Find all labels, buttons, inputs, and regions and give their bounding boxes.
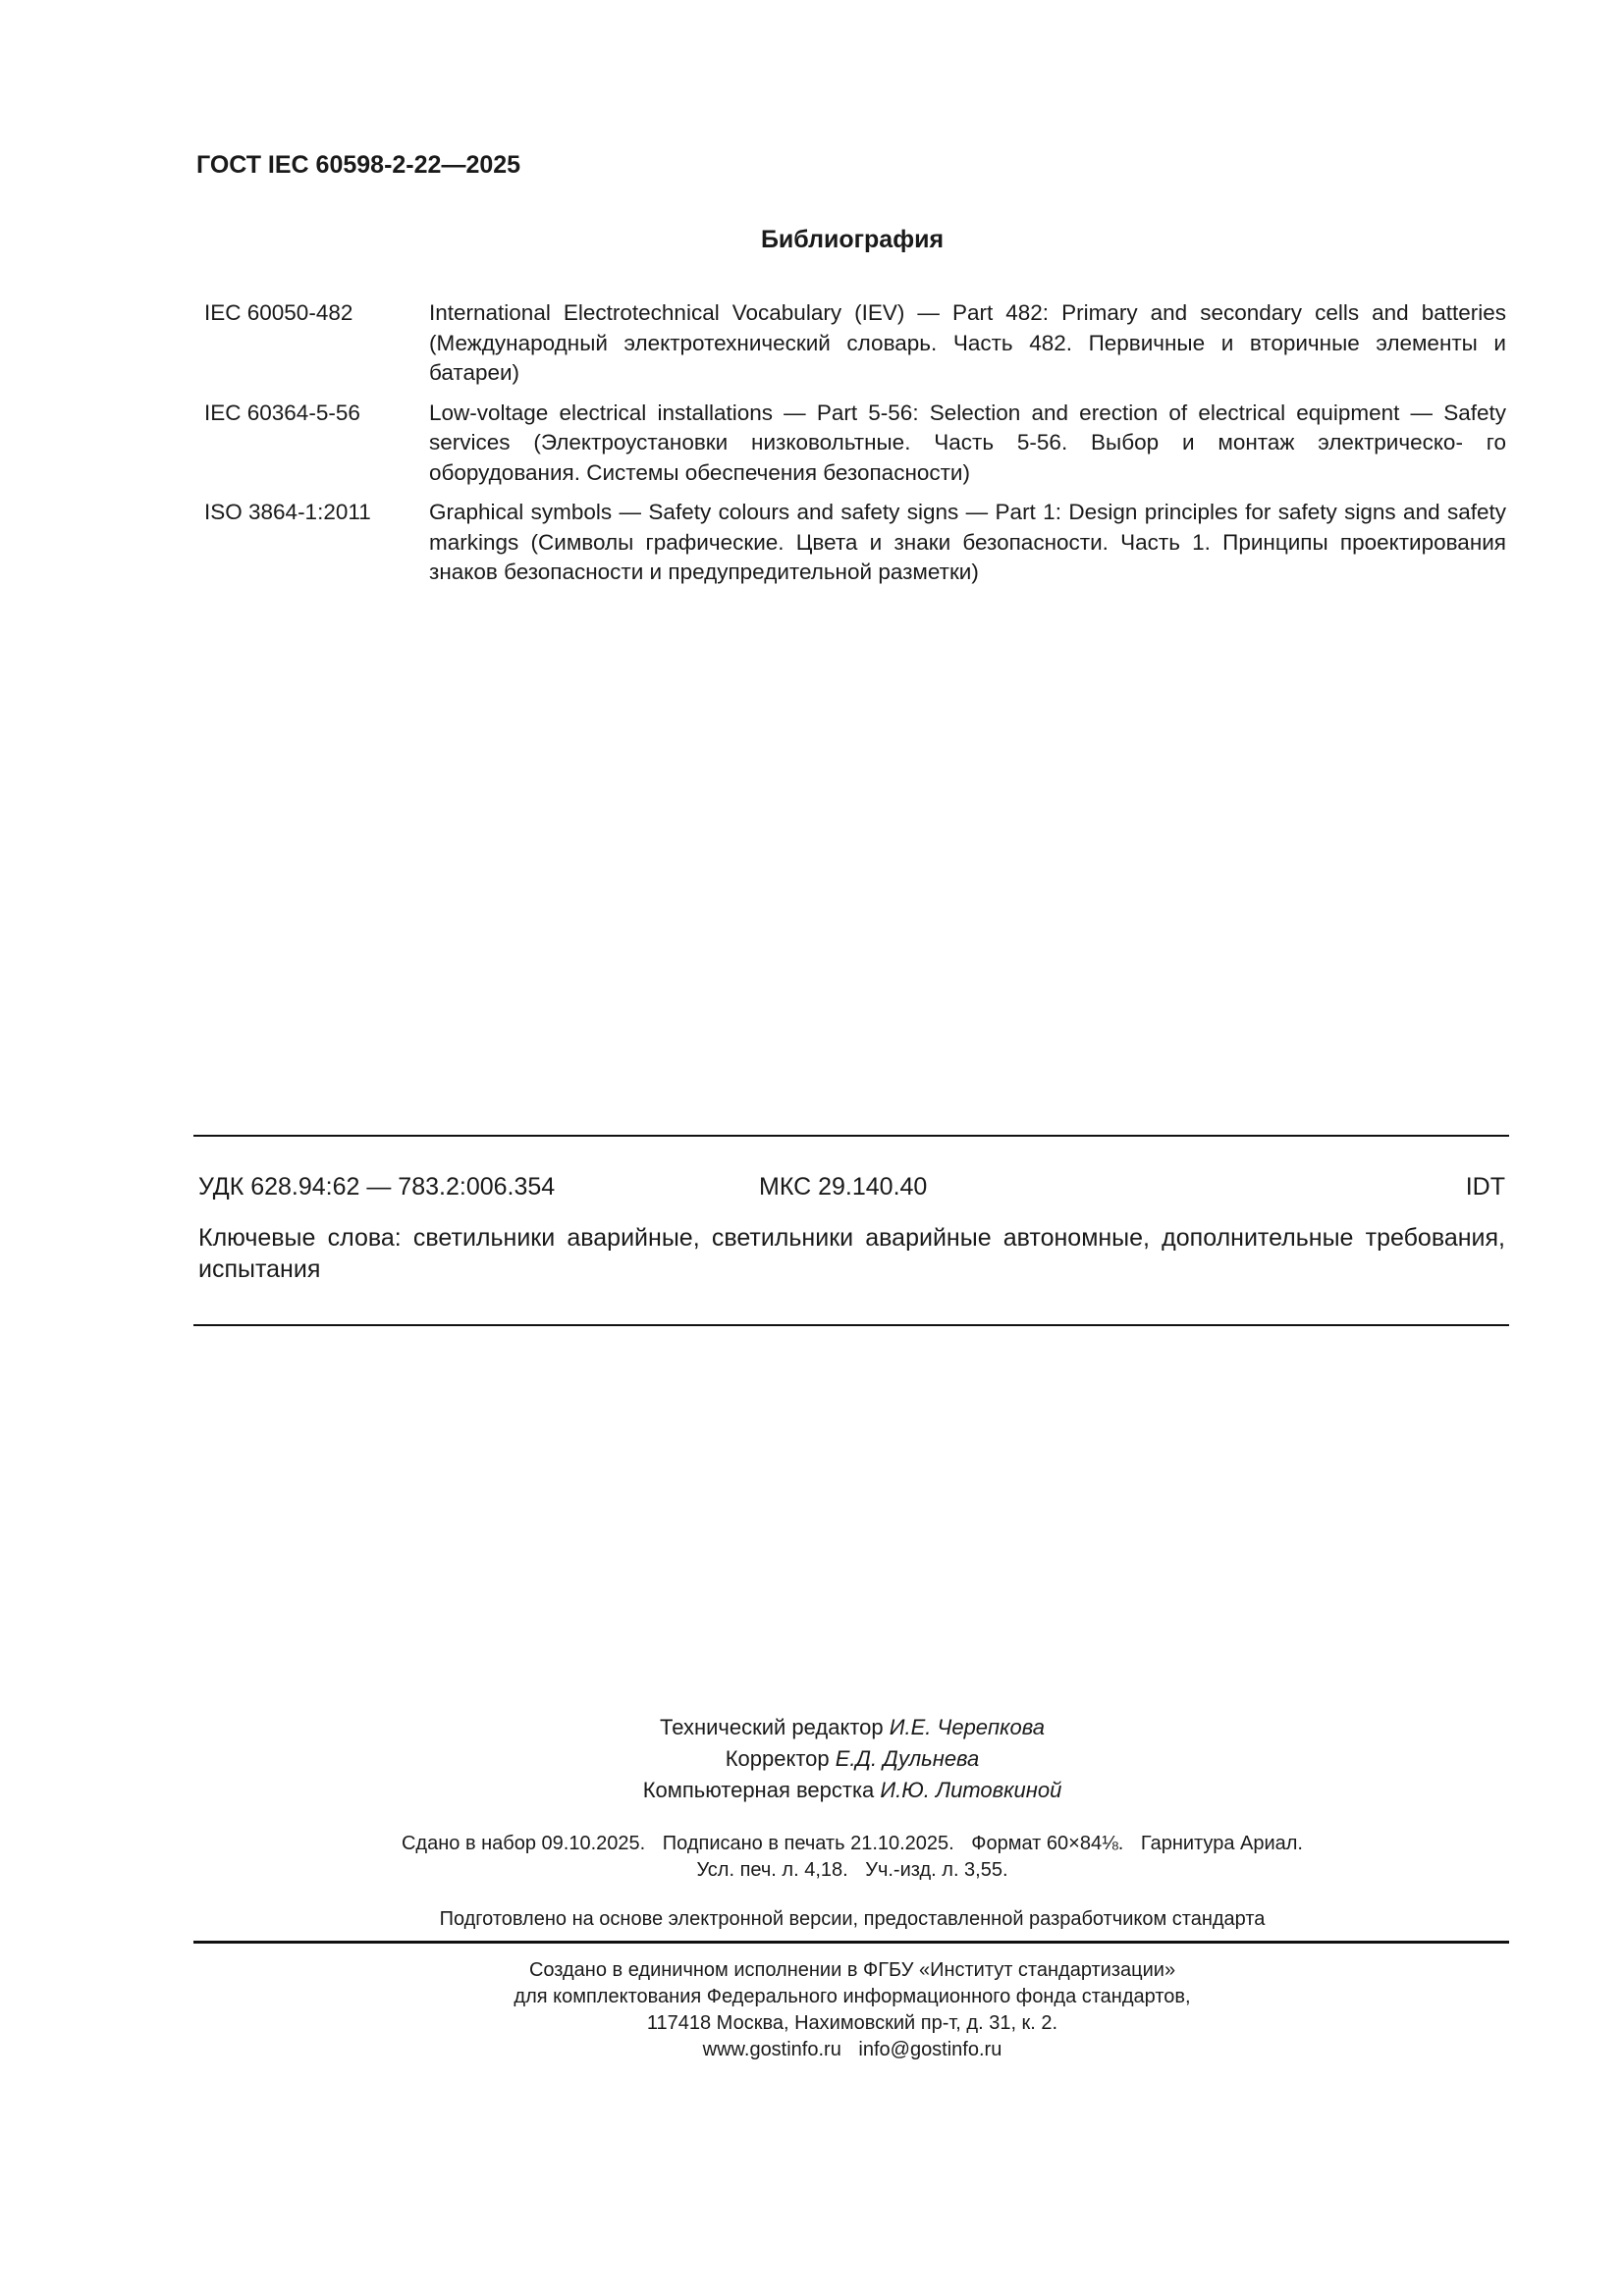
publisher-block: Создано в единичном исполнении в ФГБУ «И… [196,1957,1508,2063]
reference-description: Low-voltage electrical installations — P… [429,399,1506,489]
publisher-address: 117418 Москва, Нахимовский пр-т, д. 31, … [196,2010,1508,2037]
credit-person: И.Е. Черепкова [890,1715,1045,1739]
imprint-line-2: Усл. печ. л. 4,18. Уч.-изд. л. 3,55. [196,1857,1508,1884]
credit-person: Е.Д. Дульнева [836,1746,980,1771]
paper-format: Формат 60×84⅛. [971,1833,1123,1854]
credit-role: Компьютерная верстка [643,1778,875,1802]
credit-person: И.Ю. Литовкиной [880,1778,1061,1802]
bibliography-list: IEC 60050-482 International Electrotechn… [204,298,1506,598]
mks-code: МКС 29.140.40 [759,1172,927,1201]
credits-block: Технический редактор И.Е. Черепкова Корр… [196,1712,1508,1806]
publisher-sheets: Уч.-изд. л. 3,55. [865,1859,1007,1881]
prepared-note: Подготовлено на основе электронной верси… [196,1906,1508,1932]
publisher-contacts: www.gostinfo.ru info@gostinfo.ru [196,2037,1508,2063]
credit-role: Технический редактор [660,1715,884,1739]
printed-sheets: Усл. печ. л. 4,18. [696,1859,847,1881]
reference-code: IEC 60364-5-56 [204,399,429,489]
bibliography-entry: IEC 60050-482 International Electrotechn… [204,298,1506,389]
email-link[interactable]: info@gostinfo.ru [858,2039,1001,2060]
bibliography-title: Библиография [196,225,1508,254]
typeface: Гарнитура Ариал. [1141,1833,1303,1854]
keywords: Ключевые слова: светильники аварийные, с… [198,1222,1505,1285]
divider-bottom [193,1941,1509,1944]
typeset-date: Сдано в набор 09.10.2025. [402,1833,645,1854]
bibliography-entry: IEC 60364-5-56 Low-voltage electrical in… [204,399,1506,489]
udk-code: УДК 628.94:62 — 783.2:006.354 [198,1172,555,1201]
imprint-line-1: Сдано в набор 09.10.2025. Подписано в пе… [196,1831,1508,1857]
equivalence-degree: IDT [1466,1172,1505,1201]
credit-role: Корректор [726,1746,830,1771]
website-link[interactable]: www.gostinfo.ru [703,2039,841,2060]
bibliography-entry: ISO 3864-1:2011 Graphical symbols — Safe… [204,498,1506,588]
reference-code: ISO 3864-1:2011 [204,498,429,588]
document-code: ГОСТ IEC 60598-2-22—2025 [196,150,520,180]
credit-layout: Компьютерная верстка И.Ю. Литовкиной [196,1775,1508,1806]
publisher-line-2: для комплектования Федерального информац… [196,1984,1508,2010]
divider-middle [193,1324,1509,1326]
reference-description: Graphical symbols — Safety colours and s… [429,498,1506,588]
signed-date: Подписано в печать 21.10.2025. [663,1833,954,1854]
credit-proofreader: Корректор Е.Д. Дульнева [196,1743,1508,1775]
divider-top [193,1135,1509,1137]
reference-code: IEC 60050-482 [204,298,429,389]
imprint-block: Сдано в набор 09.10.2025. Подписано в пе… [196,1831,1508,1884]
reference-description: International Electrotechnical Vocabular… [429,298,1506,389]
credit-technical-editor: Технический редактор И.Е. Черепкова [196,1712,1508,1743]
publisher-line-1: Создано в единичном исполнении в ФГБУ «И… [196,1957,1508,1984]
